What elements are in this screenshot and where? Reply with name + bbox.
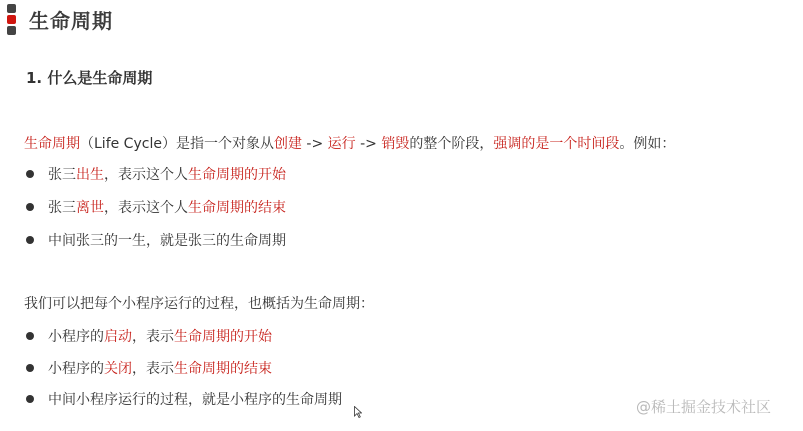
bullet-icon <box>26 364 34 372</box>
page-title: 生命周期 <box>29 5 113 34</box>
paragraph-2: 我们可以把每个小程序运行的过程，也概括为生命周期： <box>24 293 374 313</box>
bullet-icon <box>26 332 34 340</box>
list-item: 中间张三的一生，就是张三的生命周期 <box>26 230 286 250</box>
intro-paragraph: 生命周期（Life Cycle）是指一个对象从创建 -> 运行 -> 销毁的整个… <box>24 133 675 153</box>
intro-part: 的整个阶段， <box>409 136 493 152</box>
list-text: 启动 <box>104 326 132 346</box>
list-text: 生命周期的结束 <box>174 358 272 378</box>
list-text: 中间小程序运行的过程，就是小程序的生命周期 <box>48 389 342 409</box>
list-text: 小程序的 <box>48 358 104 378</box>
list-item: 小程序的启动，表示生命周期的开始 <box>26 326 272 346</box>
mouse-cursor-icon <box>354 406 362 418</box>
intro-part: 。例如： <box>619 136 675 152</box>
bar-middle <box>7 15 16 24</box>
list-text: 离世 <box>76 197 104 217</box>
watermark: @稀土掘金技术社区 <box>636 396 771 417</box>
intro-part: （Life Cycle）是指一个对象从 <box>80 136 274 152</box>
intro-part: 运行 <box>328 136 356 152</box>
section-heading: 1. 什么是生命周期 <box>26 67 152 88</box>
list-text: 中间张三的一生，就是张三的生命周期 <box>48 230 286 250</box>
bullet-icon <box>26 395 34 403</box>
intro-part: -> <box>356 136 382 152</box>
list-text: 出生 <box>76 164 104 184</box>
intro-part: -> <box>302 136 328 152</box>
intro-part: 销毁 <box>381 136 409 152</box>
list-item: 张三出生，表示这个人生命周期的开始 <box>26 164 286 184</box>
list-item: 小程序的关闭，表示生命周期的结束 <box>26 358 272 378</box>
list-text: 关闭 <box>104 358 132 378</box>
list-text: 生命周期的开始 <box>174 326 272 346</box>
list-text: ，表示 <box>132 358 174 378</box>
bullet-icon <box>26 203 34 211</box>
intro-part: 创建 <box>274 136 302 152</box>
intro-part: 强调的是一个时间段 <box>493 136 619 152</box>
list-text: 张三 <box>48 197 76 217</box>
list-text: ，表示 <box>132 326 174 346</box>
title-decoration-icon <box>7 4 16 35</box>
bullet-icon <box>26 236 34 244</box>
intro-part: 生命周期 <box>24 136 80 152</box>
list-text: 生命周期的结束 <box>188 197 286 217</box>
list-text: ，表示这个人 <box>104 164 188 184</box>
list-item: 张三离世，表示这个人生命周期的结束 <box>26 197 286 217</box>
list-text: 张三 <box>48 164 76 184</box>
bullet-icon <box>26 170 34 178</box>
bar-top <box>7 4 16 13</box>
list-item: 中间小程序运行的过程，就是小程序的生命周期 <box>26 389 342 409</box>
bar-bottom <box>7 26 16 35</box>
list-text: 小程序的 <box>48 326 104 346</box>
list-text: 生命周期的开始 <box>188 164 286 184</box>
list-text: ，表示这个人 <box>104 197 188 217</box>
